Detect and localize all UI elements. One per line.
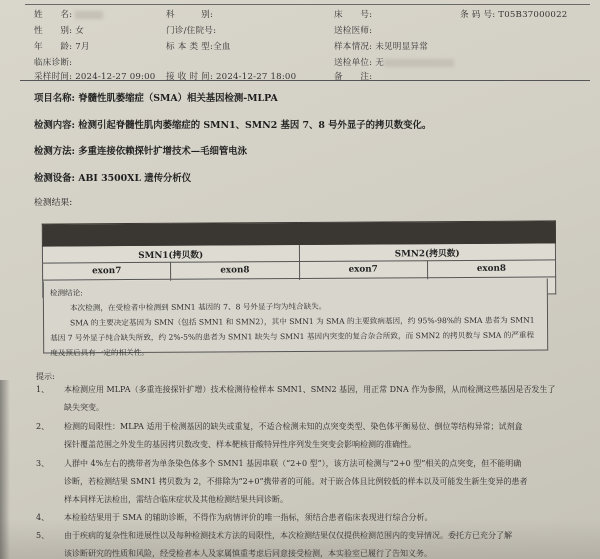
header-bar-cell xyxy=(42,221,555,246)
tip-line: 检测的局限性：MLPA 适用于检测基因的缺失或重复，不适合检测未知的点突变类型、… xyxy=(64,418,574,436)
unit-value: 无 xyxy=(375,58,384,68)
header-divider xyxy=(20,80,590,81)
barcode-label: 条 码 号: xyxy=(460,10,495,20)
specimen-type-value: 全血 xyxy=(213,42,231,52)
group-smn2: SMN2(拷贝数) xyxy=(299,243,556,262)
diagnosis-field: 临床诊断: xyxy=(34,56,72,68)
specimen-type-label: 标 本 类 型: xyxy=(166,42,213,52)
project-name: 项目名称: 脊髓性肌萎缩症（SMA）相关基因检测-MLPA xyxy=(34,90,278,104)
bed-label: 床 号: xyxy=(334,10,372,20)
department-field: 科 别: xyxy=(166,8,213,20)
test-content: 检测内容: 检测引起脊髓性肌肉萎缩症的 SMN1、SMN2 基因 7、8 号外显… xyxy=(34,117,431,131)
name-field: 姓 名: xyxy=(34,8,103,20)
tip-number: 2、 xyxy=(36,418,49,436)
unit-label: 送检单位: xyxy=(334,58,372,68)
group-smn1: SMN1(拷贝数) xyxy=(42,245,299,264)
gender-label: 性 别: xyxy=(34,26,72,36)
tip-line: 探针覆盖范围之外发生的基因拷贝数改变、样本靶核苷酸特异性序列发生突变会影响检测的… xyxy=(64,436,574,454)
outpatient-field: 门诊/住院号: xyxy=(166,24,216,36)
diagnosis-label: 临床诊断: xyxy=(34,58,72,68)
gender-field: 性 别: 女 xyxy=(34,24,84,36)
doctor-field: 送检医师: xyxy=(334,24,372,36)
specimen-status-field: 样本情况: 未见明显异常 xyxy=(334,40,428,52)
gender-value: 女 xyxy=(75,26,84,36)
top-border-line xyxy=(25,4,590,5)
col-smn1-exon7: exon7 xyxy=(43,262,171,280)
results-label: 检测结果: xyxy=(34,195,72,208)
specimen-type-field: 标 本 类 型:全血 xyxy=(166,40,231,52)
age-value: 7月 xyxy=(75,42,89,52)
tip-number: 1、 xyxy=(36,381,49,399)
tip-line: 诊断，若检测结果 SMN1 拷贝数为 2，不排除为“2+0”携带者的可能。对于嵌… xyxy=(64,473,574,491)
page-vignette xyxy=(0,519,600,559)
outpatient-label: 门诊/住院号: xyxy=(166,26,216,36)
specimen-status-value: 未见明显异常 xyxy=(375,42,428,52)
age-label: 年 龄: xyxy=(34,42,72,52)
tip-number: 3、 xyxy=(36,455,49,473)
tip-line: 缺失突变。 xyxy=(64,399,574,417)
redacted-unit xyxy=(384,59,454,67)
department-label: 科 别: xyxy=(166,10,213,20)
col-smn1-exon8: exon8 xyxy=(171,261,299,279)
barcode-value: T05B37000022 xyxy=(498,10,567,20)
test-equipment: 检测设备: ABI 3500XL 遗传分析仪 xyxy=(34,170,191,184)
tip-line: 样本同样无法检出，需结合临床症状及其他检测结果共同诊断。 xyxy=(64,491,574,509)
conclusion-box: 检测结论: 本次检测，在受检者中检测到 SMN1 基因的 7、8 号外显子均为纯… xyxy=(43,278,548,353)
tip-line: 人群中 4%左右的携带者为单条染色体多个 SMN1 基因串联（“2+0 型”），… xyxy=(64,455,574,473)
bed-field: 床 号: xyxy=(334,8,372,20)
test-method: 检测方法: 多重连接依赖探针扩增技术—毛细管电泳 xyxy=(34,143,247,157)
tip-line: 本检测应用 MLPA（多重连接探针扩增）技术检测待检样本 SMN1、SMN2 基… xyxy=(64,381,574,399)
doctor-label: 送检医师: xyxy=(334,26,372,36)
col-smn2-exon7: exon7 xyxy=(299,261,427,279)
name-label: 姓 名: xyxy=(34,10,72,20)
barcode-field: 条 码 号: T05B37000022 xyxy=(460,8,567,20)
conclusion-p2: SMA 的主要决定基因为 SMN（包括 SMN1 和 SMN2），其中 SMN1… xyxy=(50,313,541,361)
specimen-status-label: 样本情况: xyxy=(334,42,372,52)
table-header-bar xyxy=(42,221,555,246)
unit-field: 送检单位: 无 xyxy=(334,56,454,68)
col-smn2-exon8: exon8 xyxy=(427,260,555,278)
redacted-name xyxy=(75,11,103,19)
age-field: 年 龄: 7月 xyxy=(34,40,90,52)
